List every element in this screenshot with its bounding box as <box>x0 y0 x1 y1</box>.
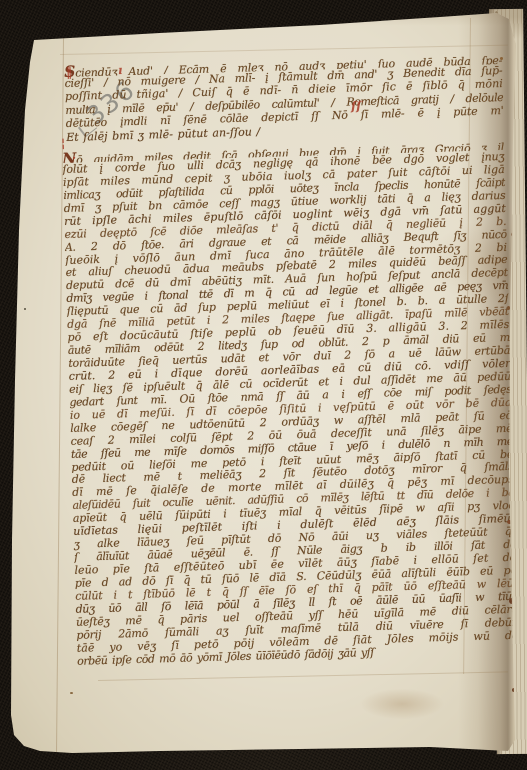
ruling-line-bottom <box>98 671 508 681</box>
margin-speck <box>24 308 26 310</box>
rubrication-mark: ‖ <box>66 66 72 78</box>
margin-speck <box>70 692 73 694</box>
manuscript-page: 336 Sciendūʒ Aud' / Ecām ē mleʒ nō audʒ … <box>0 0 527 770</box>
rubrication-mark: ſſ <box>351 100 362 112</box>
rubrication-mark: · <box>72 152 77 164</box>
paragraph-2: Nō quidām miles dedit ſcā obſequi bue dm… <box>62 137 519 667</box>
gutter-speck <box>500 57 503 60</box>
gutter-speck <box>507 306 510 310</box>
rubrication-mark: ı <box>118 64 123 76</box>
paragraph-1: Sciendūʒ Aud' / Ecām ē mleʒ nō audʒ peti… <box>64 50 504 144</box>
rubrication-mark: ¦ <box>61 137 66 149</box>
